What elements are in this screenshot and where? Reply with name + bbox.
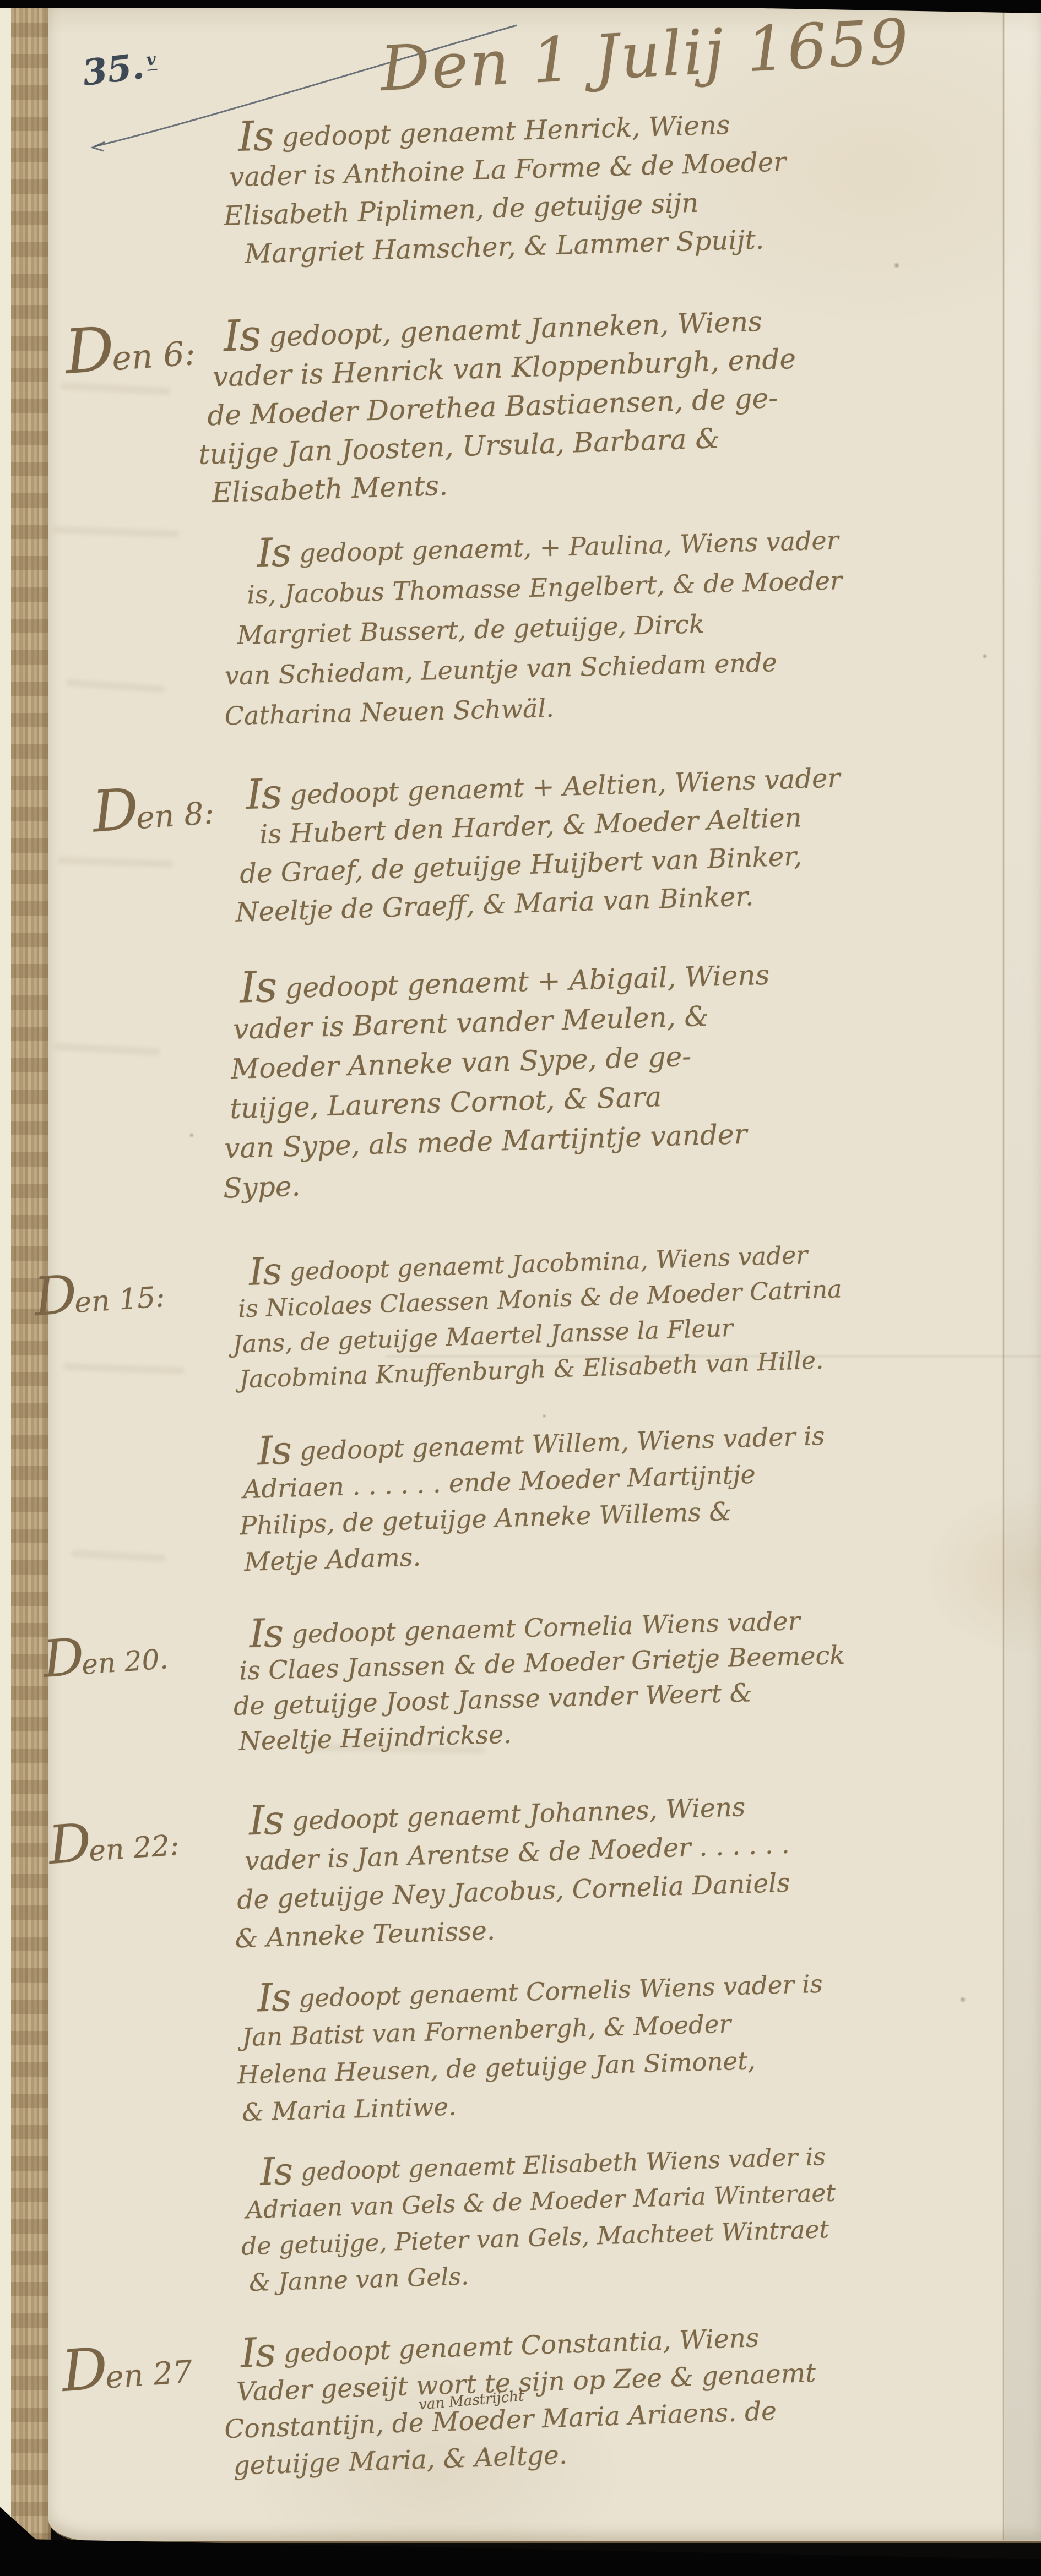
margin-date: Den 15: bbox=[32, 1257, 166, 1328]
folio-number-value: 35. bbox=[80, 46, 147, 94]
baptism-entry: Isgedoopt genaemt Cornelia Wiens vader i… bbox=[249, 1601, 847, 1758]
margin-date: Den 6: bbox=[63, 308, 197, 388]
baptism-entry: Isgedoopt genaemt Constantia, Wiens Vade… bbox=[240, 2316, 819, 2484]
initial-flourish: Is bbox=[223, 311, 261, 361]
initial-flourish: Is bbox=[239, 962, 277, 1013]
baptism-entry: Isgedoopt genaemt Jacobmina, Wiens vader… bbox=[248, 1235, 845, 1397]
margin-date: Den 8: bbox=[90, 771, 215, 845]
margin-date: Den 20. bbox=[41, 1621, 170, 1689]
initial-flourish: Is bbox=[249, 1610, 284, 1657]
margin-date: Den 27 bbox=[59, 2330, 194, 2405]
manuscript-scan: 35.v Den 1 Julij 1659 Isgedoopt genaemt … bbox=[0, 0, 1041, 2576]
baptism-entry: Isgedoopt genaemt Henrick, Wiens vader i… bbox=[237, 102, 789, 274]
baptism-entry: Isgedoopt genaemt Elisabeth Wiens vader … bbox=[259, 2138, 838, 2301]
baptism-entry: Isgedoopt genaemt Willem, Wiens vader is… bbox=[257, 1417, 828, 1580]
initial-flourish: Is bbox=[248, 1797, 284, 1845]
initial-flourish: Is bbox=[257, 1428, 291, 1474]
baptism-entry: Isgedoopt genaemt Cornelis Wiens vader i… bbox=[257, 1964, 826, 2131]
initial-flourish: Is bbox=[240, 2329, 275, 2377]
right-fold-line bbox=[1003, 8, 1004, 2540]
baptism-entry: Isgedoopt genaemt, + Paulina, Wiens vade… bbox=[257, 519, 845, 736]
entry-text: gedoopt genaemt, + Paulina, Wiens vader bbox=[299, 525, 839, 568]
initial-flourish: Is bbox=[259, 2150, 292, 2194]
baptism-entry: Isgedoopt genaemt Johannes, Wiens vader … bbox=[248, 1785, 793, 1958]
initial-flourish: Is bbox=[257, 1975, 291, 2021]
margin-date: Den 22: bbox=[46, 1806, 181, 1876]
baptism-entry: Isgedoopt genaemt + Abigail, Wiens vader… bbox=[239, 954, 776, 1208]
initial-flourish: Is bbox=[246, 770, 282, 819]
baptism-entry: Isgedoopt, genaemt Janneken, Wiens vader… bbox=[223, 299, 800, 511]
initial-flourish: Is bbox=[248, 1250, 282, 1294]
baptism-entry: Isgedoopt genaemt + Aeltien, Wiens vader… bbox=[246, 757, 844, 932]
initial-flourish: Is bbox=[257, 530, 291, 576]
right-page-edge-strip bbox=[1005, 8, 1041, 2540]
initial-flourish: Is bbox=[237, 112, 274, 161]
